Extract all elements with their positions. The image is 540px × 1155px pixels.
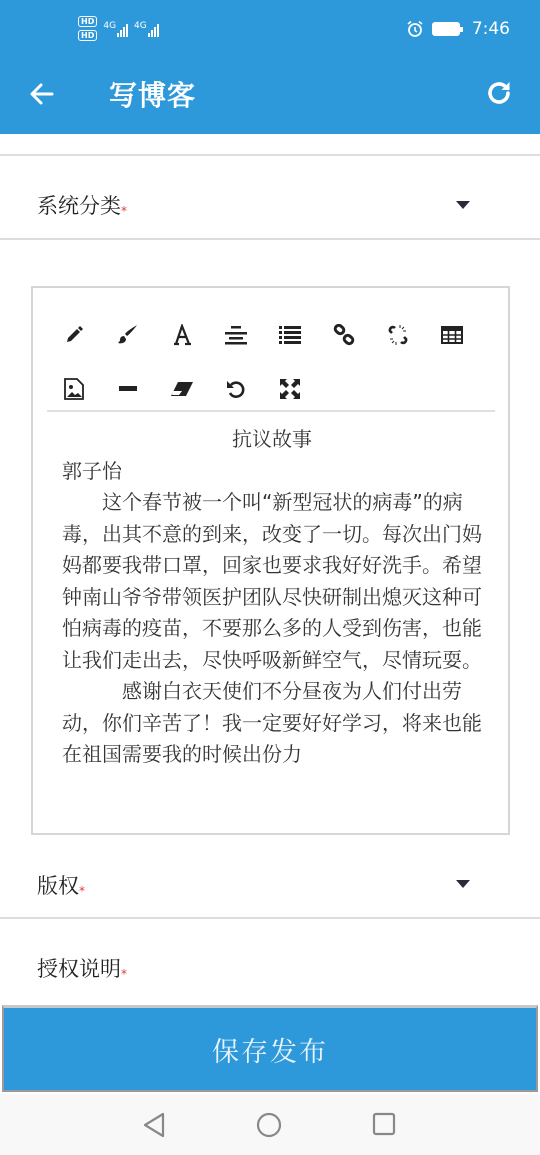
list-icon[interactable] bbox=[263, 315, 317, 355]
license-label-text: 授权说明 bbox=[37, 957, 121, 981]
category-label-text: 系统分类 bbox=[37, 194, 121, 218]
copyright-label-text: 版权 bbox=[37, 874, 79, 898]
save-publish-button[interactable]: 保存发布 bbox=[2, 1005, 538, 1092]
fullscreen-icon[interactable] bbox=[263, 369, 317, 409]
article-author: 郭子怡 bbox=[62, 456, 482, 488]
unlink-icon[interactable] bbox=[371, 315, 425, 355]
status-right: 7:46 bbox=[406, 19, 510, 39]
signal-sim2-icon: 4G bbox=[134, 21, 159, 37]
hd-sim1-icon: HD bbox=[78, 16, 97, 27]
copyright-label: 版权* bbox=[37, 870, 85, 900]
refresh-icon[interactable] bbox=[484, 78, 514, 108]
app-bar: 写博客 bbox=[0, 58, 540, 134]
link-icon[interactable] bbox=[317, 315, 371, 355]
category-select[interactable]: 系统分类* bbox=[0, 156, 540, 238]
page-title: 写博客 bbox=[109, 74, 196, 114]
article-title: 抗议故事 bbox=[62, 424, 482, 456]
network-type-2: 4G bbox=[134, 21, 147, 31]
align-center-icon[interactable] bbox=[209, 315, 263, 355]
chevron-down-icon[interactable] bbox=[456, 201, 470, 209]
brush-icon[interactable] bbox=[101, 315, 155, 355]
signal-sim1-icon: 4G bbox=[103, 21, 128, 37]
undo-icon[interactable] bbox=[209, 369, 263, 409]
home-circle-icon[interactable] bbox=[256, 1112, 282, 1138]
eraser-icon[interactable] bbox=[155, 369, 209, 409]
required-star-icon: * bbox=[79, 884, 85, 898]
toolbar-divider bbox=[47, 410, 495, 412]
license-input[interactable]: 授权说明* bbox=[0, 919, 540, 1003]
horizontal-rule-icon[interactable] bbox=[101, 369, 155, 409]
alarm-icon bbox=[406, 20, 424, 38]
table-icon[interactable] bbox=[425, 315, 479, 355]
status-indicators: HD HD 4G 4G bbox=[78, 16, 159, 41]
editor-content[interactable]: 抗议故事 郭子怡 这个春节被一个叫“新型冠状的病毒”的病毒，出其不意的到来，改变… bbox=[62, 424, 482, 771]
divider bbox=[0, 238, 540, 240]
article-paragraph-1: 这个春节被一个叫“新型冠状的病毒”的病毒，出其不意的到来，改变了一切。每次出门妈… bbox=[62, 487, 482, 676]
status-bar: HD HD 4G 4G 7:46 bbox=[0, 0, 540, 58]
back-triangle-icon[interactable] bbox=[142, 1112, 166, 1138]
license-label: 授权说明* bbox=[37, 953, 127, 983]
clock: 7:46 bbox=[472, 19, 510, 39]
arrow-left-icon[interactable] bbox=[26, 78, 58, 110]
required-star-icon: * bbox=[121, 204, 127, 218]
font-icon[interactable] bbox=[155, 315, 209, 355]
required-star-icon: * bbox=[121, 967, 127, 981]
pencil-icon[interactable] bbox=[47, 315, 101, 355]
category-label: 系统分类* bbox=[37, 190, 127, 220]
image-icon[interactable] bbox=[47, 369, 101, 409]
copyright-select[interactable]: 版权* bbox=[0, 836, 540, 918]
editor-toolbar bbox=[47, 308, 495, 416]
hd-indicators: HD HD bbox=[78, 16, 97, 41]
article-paragraph-2: 感谢白衣天使们不分昼夜为人们付出劳动，你们辛苦了！我一定要好好学习，将来也能在祖… bbox=[62, 676, 482, 771]
network-type-1: 4G bbox=[103, 21, 116, 31]
recents-square-icon[interactable] bbox=[372, 1112, 396, 1136]
rich-text-editor: 抗议故事 郭子怡 这个春节被一个叫“新型冠状的病毒”的病毒，出其不意的到来，改变… bbox=[31, 286, 510, 835]
system-nav-bar bbox=[0, 1094, 540, 1155]
battery-icon bbox=[432, 22, 460, 36]
chevron-down-icon[interactable] bbox=[456, 880, 470, 888]
hd-sim2-icon: HD bbox=[78, 30, 97, 41]
